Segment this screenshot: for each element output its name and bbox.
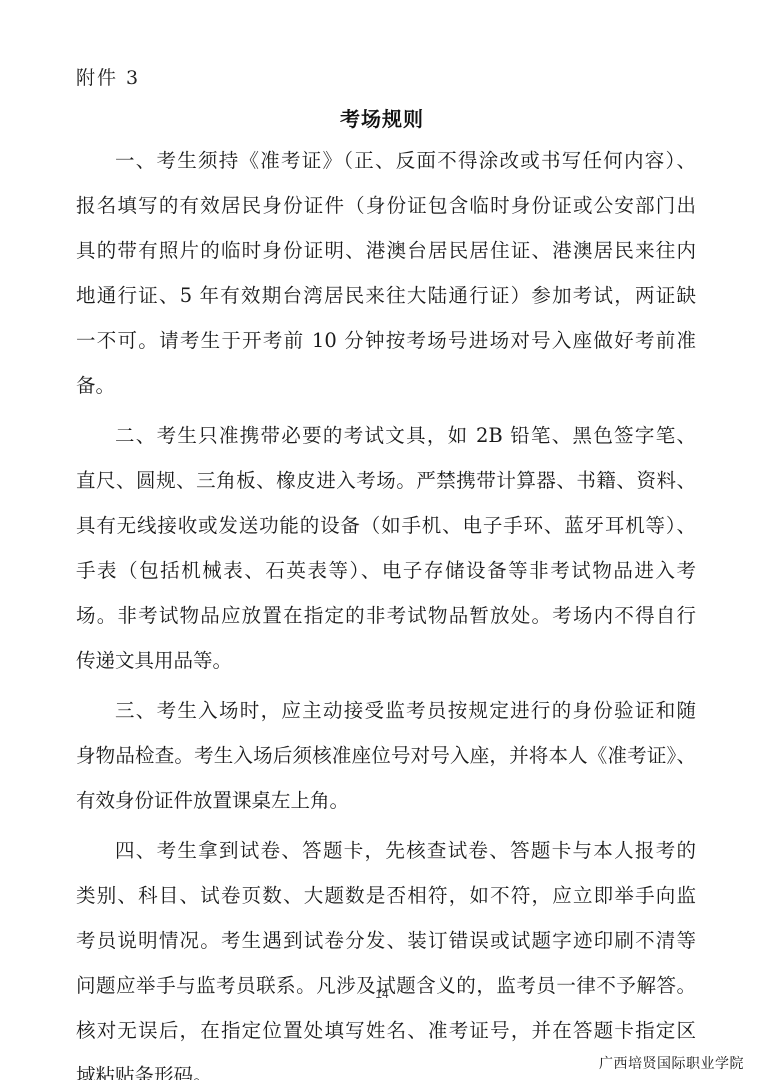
rule-1-line-5: 一不可。请考生于开考前 10 分钟按考场号进场对号入座做好考前准 — [76, 325, 696, 353]
rule-1-line-3: 具的带有照片的临时身份证明、港澳台居民居住证、港澳居民来往内 — [76, 235, 696, 263]
page-number: 14 — [0, 987, 764, 1001]
rule-2-line-6: 传递文具用品等。 — [76, 645, 696, 673]
rule-2-line-2: 直尺、圆规、三角板、橡皮进入考场。严禁携带计算器、书籍、资料、 — [76, 465, 696, 493]
institution-watermark: 广西培贤国际职业学院 — [599, 1053, 744, 1073]
rule-4-line-1: 四、考生拿到试卷、答题卡，先核查试卷、答题卡与本人报考的 — [115, 835, 696, 863]
rule-3-line-3: 有效身份证件放置课桌左上角。 — [76, 785, 696, 813]
attachment-label: 附件 3 — [76, 63, 140, 90]
rule-2-line-3: 具有无线接收或发送功能的设备（如手机、电子手环、蓝牙耳机等）、 — [76, 510, 696, 538]
page-title: 考场规则 — [0, 103, 764, 132]
rule-3-line-2: 身物品检查。考生入场后须核准座位号对号入座，并将本人《准考证》、 — [76, 740, 696, 768]
rule-3-line-1: 三、考生入场时，应主动接受监考员按规定进行的身份验证和随 — [115, 695, 696, 723]
rule-2-line-5: 场。非考试物品应放置在指定的非考试物品暂放处。考场内不得自行 — [76, 600, 696, 628]
rule-4-line-5: 核对无误后，在指定位置处填写姓名、准考证号，并在答题卡指定区 — [76, 1015, 696, 1043]
rule-4-line-3: 考员说明情况。考生遇到试卷分发、装订错误或试题字迹印刷不清等 — [76, 925, 696, 953]
rule-1-line-4: 地通行证、5 年有效期台湾居民来往大陆通行证）参加考试，两证缺 — [76, 280, 696, 308]
rule-1-line-6: 备。 — [76, 370, 696, 398]
rule-1-line-2: 报名填写的有效居民身份证件（身份证包含临时身份证或公安部门出 — [76, 190, 696, 218]
document-page: 附件 3 考场规则 一、考生须持《准考证》（正、反面不得涂改或书写任何内容）、 … — [0, 0, 764, 1080]
rule-2-line-4: 手表（包括机械表、石英表等）、电子存储设备等非考试物品进入考 — [76, 555, 696, 583]
rule-4-line-2: 类别、科目、试卷页数、大题数是否相符，如不符，应立即举手向监 — [76, 880, 696, 908]
rule-1-line-1: 一、考生须持《准考证》（正、反面不得涂改或书写任何内容）、 — [115, 145, 696, 173]
rule-2-line-1: 二、考生只准携带必要的考试文具，如 2B 铅笔、黑色签字笔、 — [115, 420, 696, 448]
